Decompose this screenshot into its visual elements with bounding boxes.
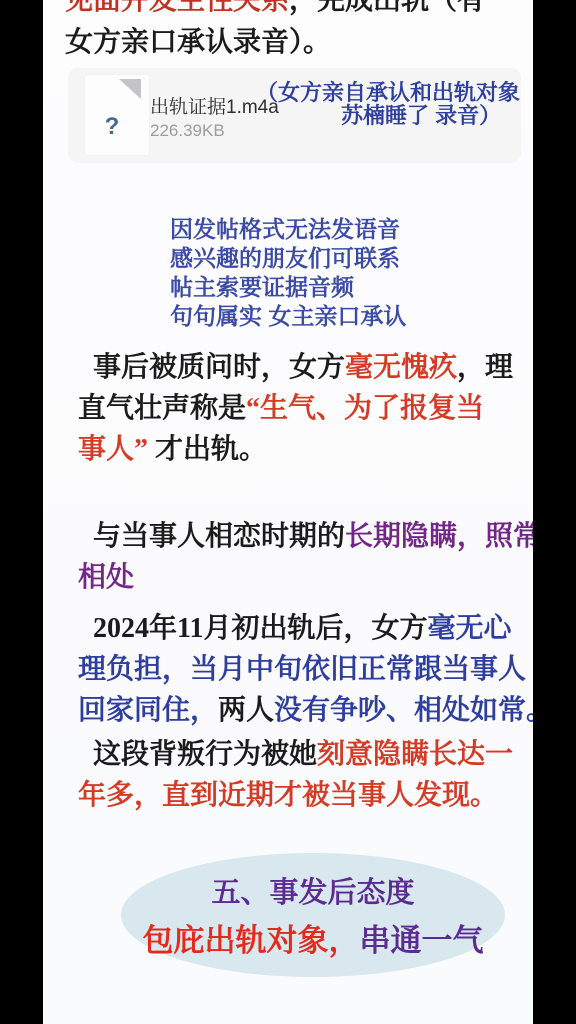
highlight-blue-text: 没有争吵、相处如常。 (274, 695, 533, 726)
highlight-blue-text: 回家同住， (78, 695, 218, 726)
body-text: 女方亲口承认录音）。 (65, 27, 331, 58)
contact-line: 感兴趣的朋友们可联系 (170, 244, 533, 273)
highlight-red-text: 毫无愧疚 (345, 352, 457, 383)
left-letterbox (0, 0, 43, 1024)
text-line: 这段背叛行为被她刻意隐瞒长达一 (78, 734, 525, 775)
attachment-filesize: 226.39KB (150, 121, 225, 141)
text-line: 年多，直到近期才被当事人发现。 (78, 775, 525, 816)
body-text: ，理 (457, 352, 513, 383)
text-line: 相处 (78, 557, 525, 598)
body-text: 两人 (218, 695, 274, 726)
post-content-column: 见面并发生性关系，完成出轨（有 女方亲口承认录音）。 ? 出轨证据1.m4a 2… (43, 0, 533, 1024)
contact-line: 因发帖格式无法发语音 (170, 215, 533, 244)
bubble-purple-text: 串通一气 (360, 923, 484, 958)
paragraph-november-2024: 2024年11月初出轨后，女方毫无心 理负担，当月中旬依旧正常跟当事人 回家同住… (43, 608, 533, 731)
body-text: 才出轨。 (148, 434, 267, 465)
contact-line: 帖主索要证据音频 (170, 273, 533, 302)
highlight-blue-text: 毫无心 (427, 613, 511, 644)
highlight-red-text: 刻意隐瞒长达一 (317, 739, 513, 770)
highlight-purple-text: 长期隐瞒，照常 (345, 521, 533, 552)
body-text: 2024年11月初出轨后，女方 (93, 613, 427, 644)
text-line: 事后被质问时，女方毫无愧疚，理 (78, 347, 525, 388)
section-title-bubble: 五、事发后态度 包庇出轨对象，串通一气 (121, 853, 505, 977)
body-text: 与当事人相恋时期的 (93, 521, 345, 552)
question-mark-glyph: ? (85, 113, 139, 141)
text-line: 见面并发生性关系，完成出轨（有 (65, 0, 525, 22)
bubble-subtitle: 包庇出轨对象，串通一气 (143, 915, 484, 960)
text-line: 女方亲口承认录音）。 (65, 22, 525, 64)
paragraph-concealment-heading: 与当事人相恋时期的长期隐瞒，照常 相处 (43, 516, 533, 598)
paragraph-confronted: 事后被质问时，女方毫无愧疚，理 直气壮声称是“生气、为了报复当 事人” 才出轨。 (43, 347, 533, 470)
highlight-purple-text: 相处 (78, 562, 134, 593)
text-line: 2024年11月初出轨后，女方毫无心 (78, 608, 525, 649)
highlight-red-text: 见面并发生性关系 (65, 0, 289, 16)
folded-corner (119, 79, 141, 99)
text-line: 事人” 才出轨。 (78, 429, 525, 470)
body-text: 事后被质问时，女方 (93, 352, 345, 383)
body-text: ，完成出轨（有 (289, 0, 485, 16)
paragraph-betrayal-hidden: 这段背叛行为被她刻意隐瞒长达一 年多，直到近期才被当事人发现。 (43, 734, 533, 816)
unknown-file-icon: ? (85, 75, 149, 155)
highlight-red-text: 事人” (78, 434, 148, 465)
highlight-red-text: 年多，直到近期才被当事人发现。 (78, 780, 498, 811)
text-line: 理负担，当月中旬依旧正常跟当事人 (78, 649, 525, 690)
right-letterbox (533, 0, 576, 1024)
bubble-red-text: 包庇出轨对象， (143, 923, 360, 958)
attachment-note-line2: 苏楠睡了 录音） (341, 99, 501, 130)
contact-line: 句句属实 女主亲口承认 (170, 302, 533, 331)
text-line: 与当事人相恋时期的长期隐瞒，照常 (78, 516, 525, 557)
text-line: 直气壮声称是“生气、为了报复当 (78, 388, 525, 429)
highlight-blue-text: 理负担，当月中旬依旧正常跟当事人 (78, 654, 526, 685)
text-line: 回家同住，两人没有争吵、相处如常。 (78, 690, 525, 731)
body-text: 直气壮声称是 (78, 393, 246, 424)
paragraph-affair-summary: 见面并发生性关系，完成出轨（有 女方亲口承认录音）。 (43, 0, 533, 64)
body-text: 这段背叛行为被她 (93, 739, 317, 770)
contact-info-block: 因发帖格式无法发语音 感兴趣的朋友们可联系 帖主索要证据音频 句句属实 女主亲口… (43, 215, 533, 331)
highlight-red-text: “生气、为了报复当 (246, 393, 484, 424)
bubble-title: 五、事发后态度 (211, 870, 414, 911)
